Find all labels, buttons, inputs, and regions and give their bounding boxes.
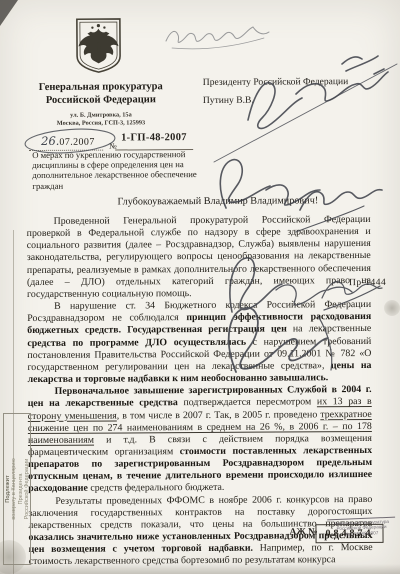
date-field: 26.07.2007	[41, 134, 95, 148]
org-address: ул. Б. Дмитровка, 15а Москва, Россия, ГС…	[15, 111, 187, 127]
paragraph: В нарушение ст. 34 Бюджетного кодекса Ро…	[27, 299, 372, 386]
return-stamp-text: Подлежит возврату в Канцелярию Президент…	[5, 416, 31, 562]
paragraph: Проведенной Генеральной прокуратурой Рос…	[27, 214, 372, 301]
org-name-line1: Генеральная прокуратура	[15, 80, 187, 94]
salutation: Глубокоуважаемый Владимир Владимирович!	[117, 195, 318, 207]
printed-date: 07.2007	[59, 137, 94, 148]
letter-body: Проведенной Генеральной прокуратурой Рос…	[27, 214, 373, 569]
handwritten-day: 26.	[41, 134, 59, 148]
scanned-letter-page: Генеральная прокуратура Российской Федер…	[0, 0, 400, 574]
subject: О мерах по укреплению государственной ди…	[32, 149, 204, 191]
return-to-chancellery-stamp: Подлежит возврату в Канцелярию Президент…	[3, 413, 31, 565]
org-name: Генеральная прокуратура Российской Федер…	[15, 80, 187, 107]
recipient-line2: Путину В.В.	[203, 91, 349, 110]
registry-label: АЖ №	[289, 527, 317, 537]
recipient-block: Президенту Российской Федерации Путину В…	[203, 73, 349, 110]
coat-of-arms-icon	[74, 16, 122, 81]
doc-number-field: 1-ГП-48-2007	[121, 132, 187, 143]
org-name-line2: Российской Федерации	[15, 93, 187, 107]
recipient-line1: Президенту Российской Федерации	[203, 73, 349, 92]
paragraph: Первоначальное завышение зарегистрирован…	[28, 384, 373, 496]
registry-ink-stamp: Генеральная прокуратура Российской Федер…	[323, 515, 400, 537]
margin-note: Пр-1444	[349, 278, 386, 288]
return-stamp-line4: Российской Федерации	[24, 416, 30, 562]
org-address-line2: Москва, Россия, ГСП-3, 125993	[15, 119, 187, 128]
